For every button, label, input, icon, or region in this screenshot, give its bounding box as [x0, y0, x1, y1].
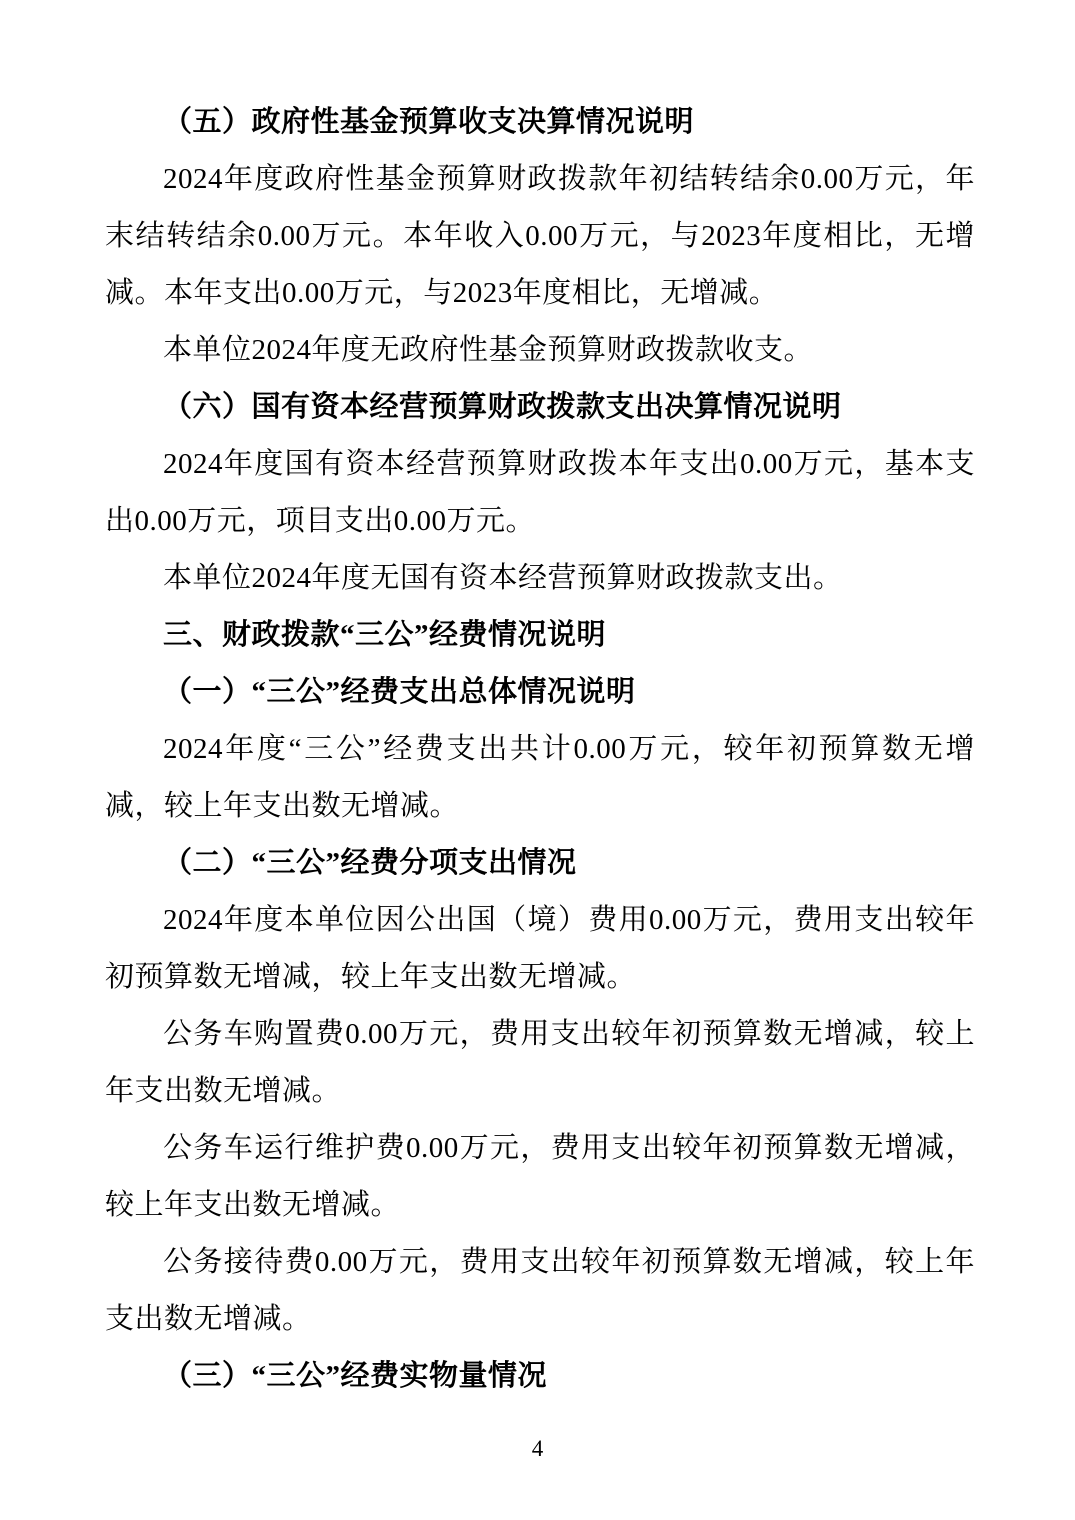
paragraph: 2024年度“三公”经费支出共计0.00万元，较年初预算数无增减，较上年支出数无…: [105, 721, 975, 835]
section-heading: （一）“三公”经费支出总体情况说明: [105, 664, 975, 721]
section-heading: （六）国有资本经营预算财政拨款支出决算情况说明: [105, 379, 975, 436]
section-heading: （五）政府性基金预算收支决算情况说明: [105, 94, 975, 151]
paragraph: 公务接待费0.00万元，费用支出较年初预算数无增减，较上年支出数无增减。: [105, 1234, 975, 1348]
paragraph: 公务车购置费0.00万元，费用支出较年初预算数无增减，较上年支出数无增减。: [105, 1006, 975, 1120]
paragraph: 2024年度国有资本经营预算财政拨本年支出0.00万元，基本支出0.00万元，项…: [105, 436, 975, 550]
section-heading: 三、财政拨款“三公”经费情况说明: [105, 607, 975, 664]
paragraph: 本单位2024年度无国有资本经营预算财政拨款支出。: [105, 550, 975, 607]
paragraph: 2024年度政府性基金预算财政拨款年初结转结余0.00万元，年末结转结余0.00…: [105, 151, 975, 322]
paragraph: 公务车运行维护费0.00万元，费用支出较年初预算数无增减，较上年支出数无增减。: [105, 1120, 975, 1234]
document-page: （五）政府性基金预算收支决算情况说明2024年度政府性基金预算财政拨款年初结转结…: [0, 0, 1075, 1520]
paragraph: 2024年度本单位因公出国（境）费用0.00万元，费用支出较年初预算数无增减，较…: [105, 892, 975, 1006]
section-heading: （三）“三公”经费实物量情况: [105, 1348, 975, 1405]
paragraph: 本单位2024年度无政府性基金预算财政拨款收支。: [105, 322, 975, 379]
section-heading: （二）“三公”经费分项支出情况: [105, 835, 975, 892]
page-number: 4: [0, 1432, 1075, 1466]
document-content: （五）政府性基金预算收支决算情况说明2024年度政府性基金预算财政拨款年初结转结…: [105, 94, 975, 1405]
